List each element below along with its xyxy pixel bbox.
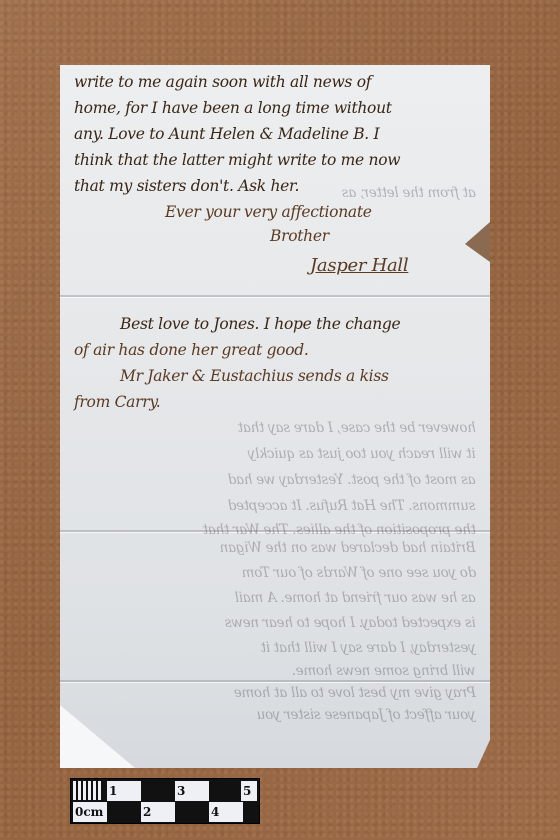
bleedthrough-line: it will reach you too just as quickly (248, 446, 476, 462)
letter-line: think that the latter might write to me … (74, 151, 400, 169)
bleedthrough-line: the proposition of the allies. The War t… (203, 522, 476, 538)
mm-ticks (73, 781, 103, 800)
letter-line: any. Love to Aunt Helen & Madeline B. I (74, 125, 379, 143)
letter-page: write to me again soon with all news of … (60, 65, 490, 768)
bleedthrough-line: will bring some news home. (292, 663, 476, 679)
fold-line (60, 295, 490, 297)
letter-line: write to me again soon with all news of (74, 73, 371, 91)
scale-label: 0cm (73, 802, 107, 822)
bleedthrough-line: your affect of Japanese sister you (257, 707, 476, 723)
relation: Brother (270, 227, 329, 245)
bleedthrough-line: as most of the post. Yesterday we had (228, 472, 476, 488)
scale-label: 2 (141, 802, 175, 822)
postscript-line: Mr Jaker & Eustachius sends a kiss (120, 367, 389, 385)
postscript-line: of air has done her great good. (74, 341, 309, 359)
bleedthrough-line: summons. The Hat Rufus. It accepted (228, 498, 476, 514)
bleedthrough-line: yesterday, I dare say I will that it (261, 640, 476, 656)
bleedthrough-line: however be the case, I dare say that (238, 420, 476, 436)
postscript-line: from Carry. (74, 393, 160, 411)
scale-label: 4 (209, 802, 243, 822)
bleedthrough-line: Britain had declared was on the Wigan (220, 540, 476, 556)
scale-bar: 1 3 5 0cm 2 4 (70, 778, 260, 824)
signature: Jasper Hall (310, 255, 408, 276)
bleedthrough-line: as he was our friend at home. A mail (235, 590, 476, 606)
bleedthrough-line: do you see one of Wards of our Tom (242, 565, 476, 581)
scale-label: 5 (241, 781, 257, 801)
folded-corner (60, 705, 135, 768)
scale-label: 3 (175, 781, 209, 801)
torn-edge (465, 222, 490, 262)
postscript-line: Best love to Jones. I hope the change (120, 315, 400, 333)
letter-line: home, for I have been a long time withou… (74, 99, 392, 117)
letter-line: that my sisters don't. Ask her. (74, 177, 299, 195)
closing: Ever your very affectionate (165, 203, 372, 221)
fold-line (60, 680, 490, 682)
bleedthrough-line: at from the letter, as (342, 185, 476, 201)
bleedthrough-line: Pray give my best love to all at home (234, 685, 476, 701)
scale-label: 1 (107, 781, 141, 801)
bleedthrough-line: is expected today. I hope to hear news (225, 615, 476, 631)
